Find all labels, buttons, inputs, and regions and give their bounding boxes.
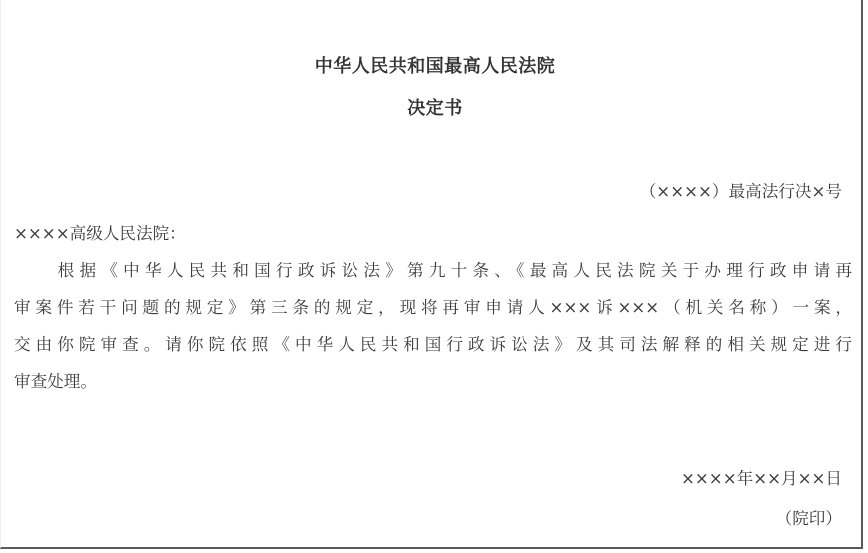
court-seal: （院印）: [776, 505, 842, 529]
body-line-4: 审查处理。: [14, 368, 97, 392]
document-subtitle: 决定书: [1, 94, 868, 120]
document-page: 中华人民共和国最高人民法院 决定书 （××××）最高法行决×号 ××××高级人民…: [0, 0, 863, 549]
body-line-1: 根据《中华人民共和国行政诉讼法》第九十条、《最高人民法院关于办理行政申请再: [14, 257, 852, 281]
document-title: 中华人民共和国最高人民法院: [1, 52, 868, 78]
body-line-3: 交由你院审查。请你院依照《中华人民共和国行政诉讼法》及其司法解释的相关规定进行: [14, 331, 852, 355]
document-number: （××××）最高法行决×号: [640, 178, 842, 202]
body-line-2: 审案件若干问题的规定》第三条的规定，现将再审申请人×××诉×××（机关名称）一案…: [14, 294, 852, 318]
issue-date: ××××年××月××日: [681, 465, 842, 489]
addressee: ××××高级人民法院：: [14, 220, 186, 244]
